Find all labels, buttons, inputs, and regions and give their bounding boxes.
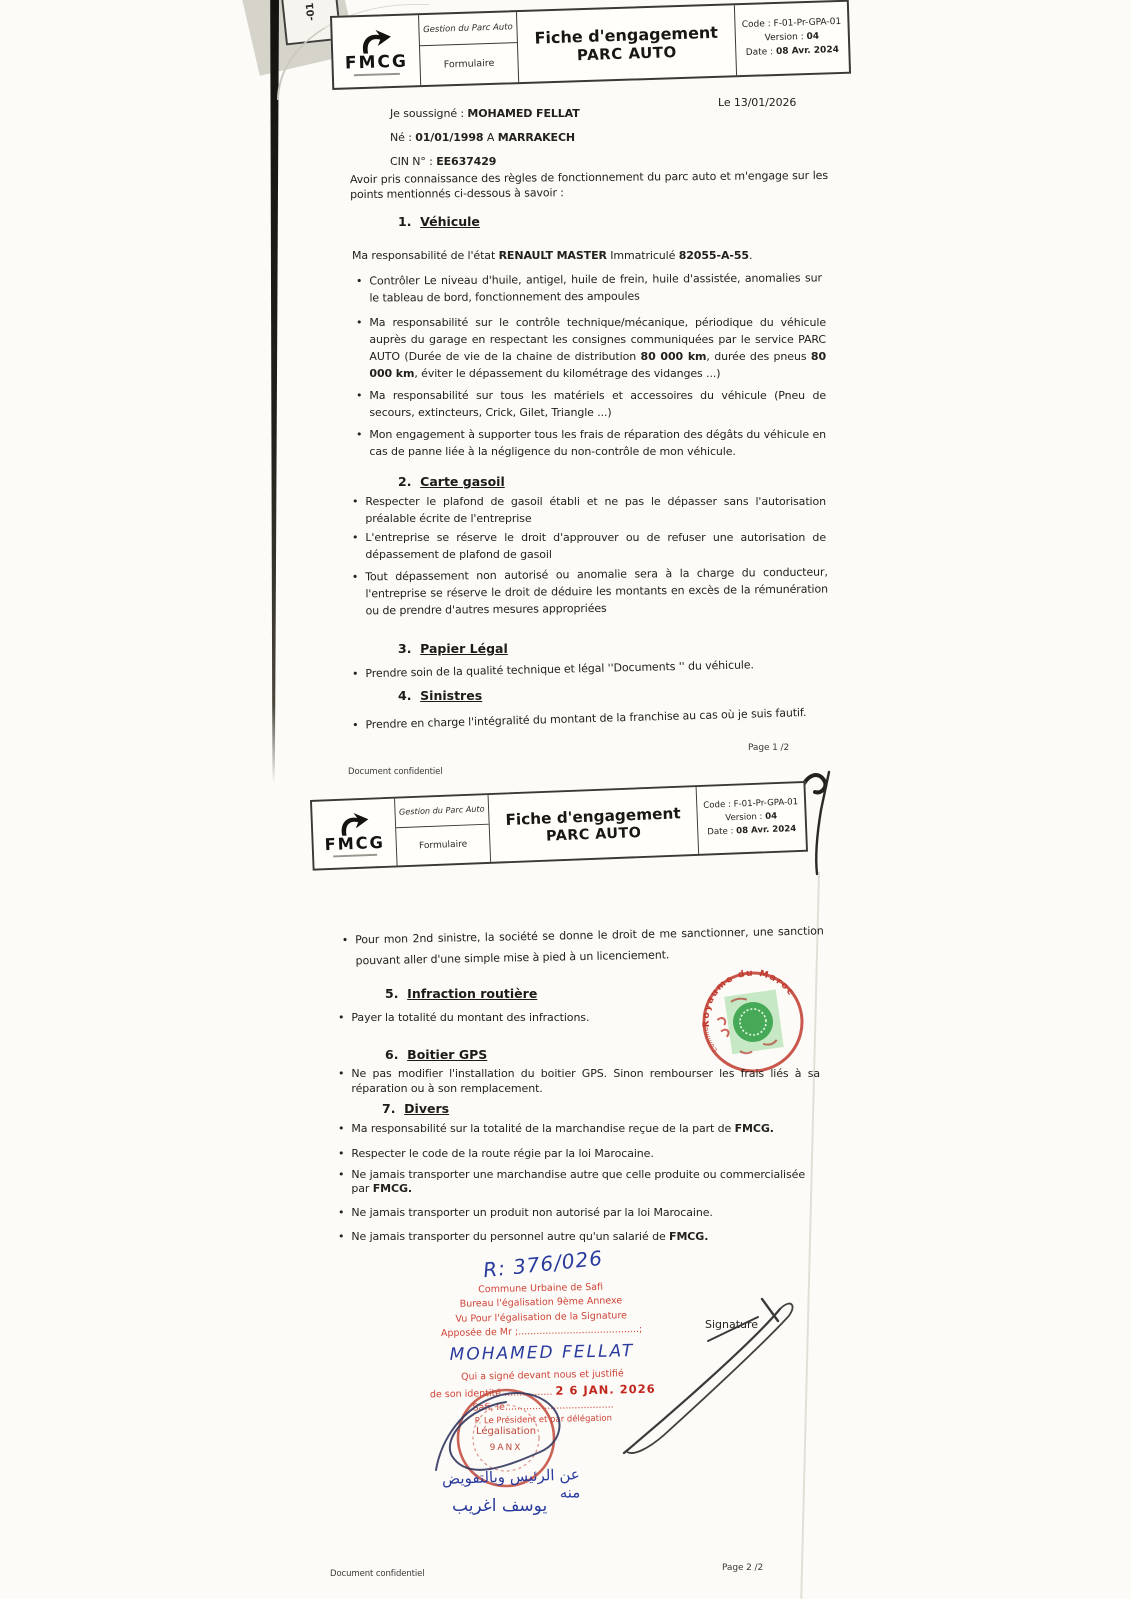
- bullet-dot: •: [338, 1145, 344, 1162]
- header-dept: Gestion du Parc Auto: [419, 12, 517, 46]
- header-form-type-cell: Gestion du Parc Auto Formulaire: [394, 795, 490, 865]
- section-heading-5: 5. Infraction routière: [385, 986, 537, 1001]
- section-number: 4.: [398, 688, 411, 703]
- bullet-dot: •: [352, 493, 358, 527]
- page-number: Page 1 /2: [748, 742, 789, 756]
- section-title: Carte gasoil: [420, 474, 505, 489]
- bullet-item: •Ma responsabilité sur la totalité de la…: [338, 1120, 820, 1137]
- bullet-item: •Ne jamais transporter du personnel autr…: [338, 1228, 820, 1245]
- confidential-footer: Document confidentiel: [348, 766, 443, 779]
- header-meta-cell: Code : F-01-Pr-GPA-01 Version : 04 Date …: [696, 783, 806, 854]
- bullet-item: •Ne jamais transporter un produit non au…: [338, 1204, 820, 1221]
- header-title-cell: Fiche d'engagement PARC AUTO: [488, 787, 699, 862]
- section-title: Boitier GPS: [407, 1047, 487, 1062]
- bullet-item: •Prendre soin de la qualité technique et…: [352, 655, 830, 683]
- bullet-dot: •: [356, 426, 362, 460]
- bullet-item: •Prendre en charge l'intégralité du mont…: [352, 703, 832, 733]
- bullet-dot: •: [356, 387, 362, 421]
- bullet-dot: •: [352, 529, 358, 563]
- section-title: Véhicule: [420, 214, 480, 229]
- section-number: 7.: [382, 1101, 395, 1116]
- fmcg-logo-icon: [357, 28, 394, 55]
- underlying-code-text: -01: [304, 2, 317, 21]
- bullet-item: •Respecter le plafond de gasoil établi e…: [352, 493, 826, 527]
- line-birth: Né : 01/01/1998 A MARRAKECH: [390, 129, 575, 146]
- section-number: 1.: [398, 214, 411, 229]
- section-title: Infraction routière: [407, 986, 537, 1001]
- bullet-dot: •: [338, 1120, 344, 1137]
- bullet-item: •L'entreprise se réserve le droit d'appr…: [352, 529, 826, 563]
- section-heading-7: 7. Divers: [382, 1101, 449, 1116]
- round-stamp-line2: 9ANX: [490, 1443, 523, 1453]
- handwritten-reference: R: 376/026: [482, 1246, 604, 1282]
- bullet-item: •Pour mon 2nd sinistre, la société se do…: [342, 921, 825, 972]
- fmcg-tagline: [333, 853, 377, 857]
- brand-name: FMCG: [345, 53, 408, 72]
- logo-cell: FMCG: [312, 799, 397, 869]
- signature-icon: [612, 1295, 802, 1465]
- doc-title-line2: PARC AUTO: [546, 823, 642, 844]
- bullet-item: •Ma responsabilité sur le contrôle techn…: [356, 314, 826, 382]
- bullet-dot: •: [356, 314, 362, 382]
- bullet-item: •Ma responsabilité sur tous les matériel…: [356, 387, 826, 421]
- royaume-du-maroc-stamp-icon: Royaume du Maroc Commune de Safi: [691, 960, 815, 1084]
- section-number: 2.: [398, 474, 411, 489]
- form-header: FMCG Gestion du Parc Auto Formulaire Fic…: [310, 781, 808, 871]
- doc-title-line2: PARC AUTO: [577, 43, 677, 64]
- bullet-item: •Payer la totalité du montant des infrac…: [338, 1009, 589, 1026]
- bullet-item: •Contrôler Le niveau d'huile, antigel, h…: [356, 269, 822, 306]
- bullet-item: •Tout dépassement non autorisé ou anomal…: [352, 564, 829, 620]
- header-title-cell: Fiche d'engagement PARC AUTO: [516, 5, 736, 82]
- doc-date: Date : 08 Avr. 2024: [704, 823, 799, 840]
- fmcg-logo-icon: [336, 811, 371, 837]
- intro-paragraph: Avoir pris connaissance des règles de fo…: [350, 169, 828, 203]
- line-signataire: Je soussigné : MOHAMED FELLAT: [390, 105, 580, 122]
- page-number: Page 2 /2: [722, 1562, 763, 1576]
- section-title: Divers: [404, 1101, 449, 1116]
- bullet-dot: •: [338, 1228, 344, 1245]
- line-cin: CIN N° : EE637429: [390, 153, 496, 170]
- bullet-dot: •: [338, 1009, 344, 1026]
- bullet-dot: •: [352, 665, 359, 682]
- bullet-dot: •: [338, 1204, 344, 1221]
- bullet-dot: •: [338, 1067, 344, 1097]
- header-form-type-cell: Gestion du Parc Auto Formulaire: [418, 12, 518, 85]
- section-heading-3: 3. Papier Légal: [398, 641, 508, 656]
- scan-shadow-edge: [268, 0, 279, 783]
- section-heading-4: 4. Sinistres: [398, 688, 482, 703]
- arabic-handwriting-line2: يوسف اغريب: [452, 1496, 547, 1516]
- bullet-item: •Mon engagement à supporter tous les fra…: [356, 426, 826, 460]
- bullet-item: •Ne jamais transporter une marchandise a…: [338, 1168, 820, 1197]
- section-heading-2: 2. Carte gasoil: [398, 474, 505, 489]
- letter-date: Le 13/01/2026: [718, 94, 796, 111]
- scanned-document: { "header": { "brand": "FMCG", "dept": "…: [0, 0, 1131, 1599]
- bullet-item: •Ne pas modifier l'installation du boiti…: [338, 1067, 820, 1097]
- logo-cell: FMCG: [332, 15, 420, 88]
- bullet-dot: •: [352, 717, 359, 734]
- section-number: 6.: [385, 1047, 398, 1062]
- header-dept: Gestion du Parc Auto: [395, 795, 489, 828]
- confidential-footer: Document confidentiel: [330, 1568, 425, 1581]
- form-header: FMCG Gestion du Parc Auto Formulaire Fic…: [330, 0, 851, 90]
- section-title: Papier Légal: [420, 641, 508, 656]
- brand-name: FMCG: [324, 835, 385, 854]
- fmcg-tagline: [354, 72, 400, 75]
- section-heading-6: 6. Boitier GPS: [385, 1047, 487, 1062]
- section-title: Sinistres: [420, 688, 482, 703]
- section1-intro: Ma responsabilité de l'état RENAULT MAST…: [352, 247, 824, 264]
- round-stamp-line1: Légalisation: [476, 1425, 536, 1437]
- section-number: 5.: [385, 986, 398, 1001]
- section-number: 3.: [398, 641, 411, 656]
- section-heading-1: 1. Véhicule: [398, 214, 480, 229]
- doc-date: Date : 08 Avr. 2024: [742, 44, 842, 61]
- header-form-label: Formulaire: [420, 43, 518, 85]
- bullet-dot: •: [338, 1168, 344, 1197]
- bullet-dot: •: [352, 568, 359, 619]
- header-meta-cell: Code : F-01-Pr-GPA-01 Version : 04 Date …: [734, 2, 849, 76]
- bullet-dot: •: [342, 931, 349, 973]
- header-form-label: Formulaire: [396, 825, 490, 866]
- bullet-dot: •: [356, 273, 363, 307]
- bullet-item: •Respecter le code de la route régie par…: [338, 1145, 820, 1162]
